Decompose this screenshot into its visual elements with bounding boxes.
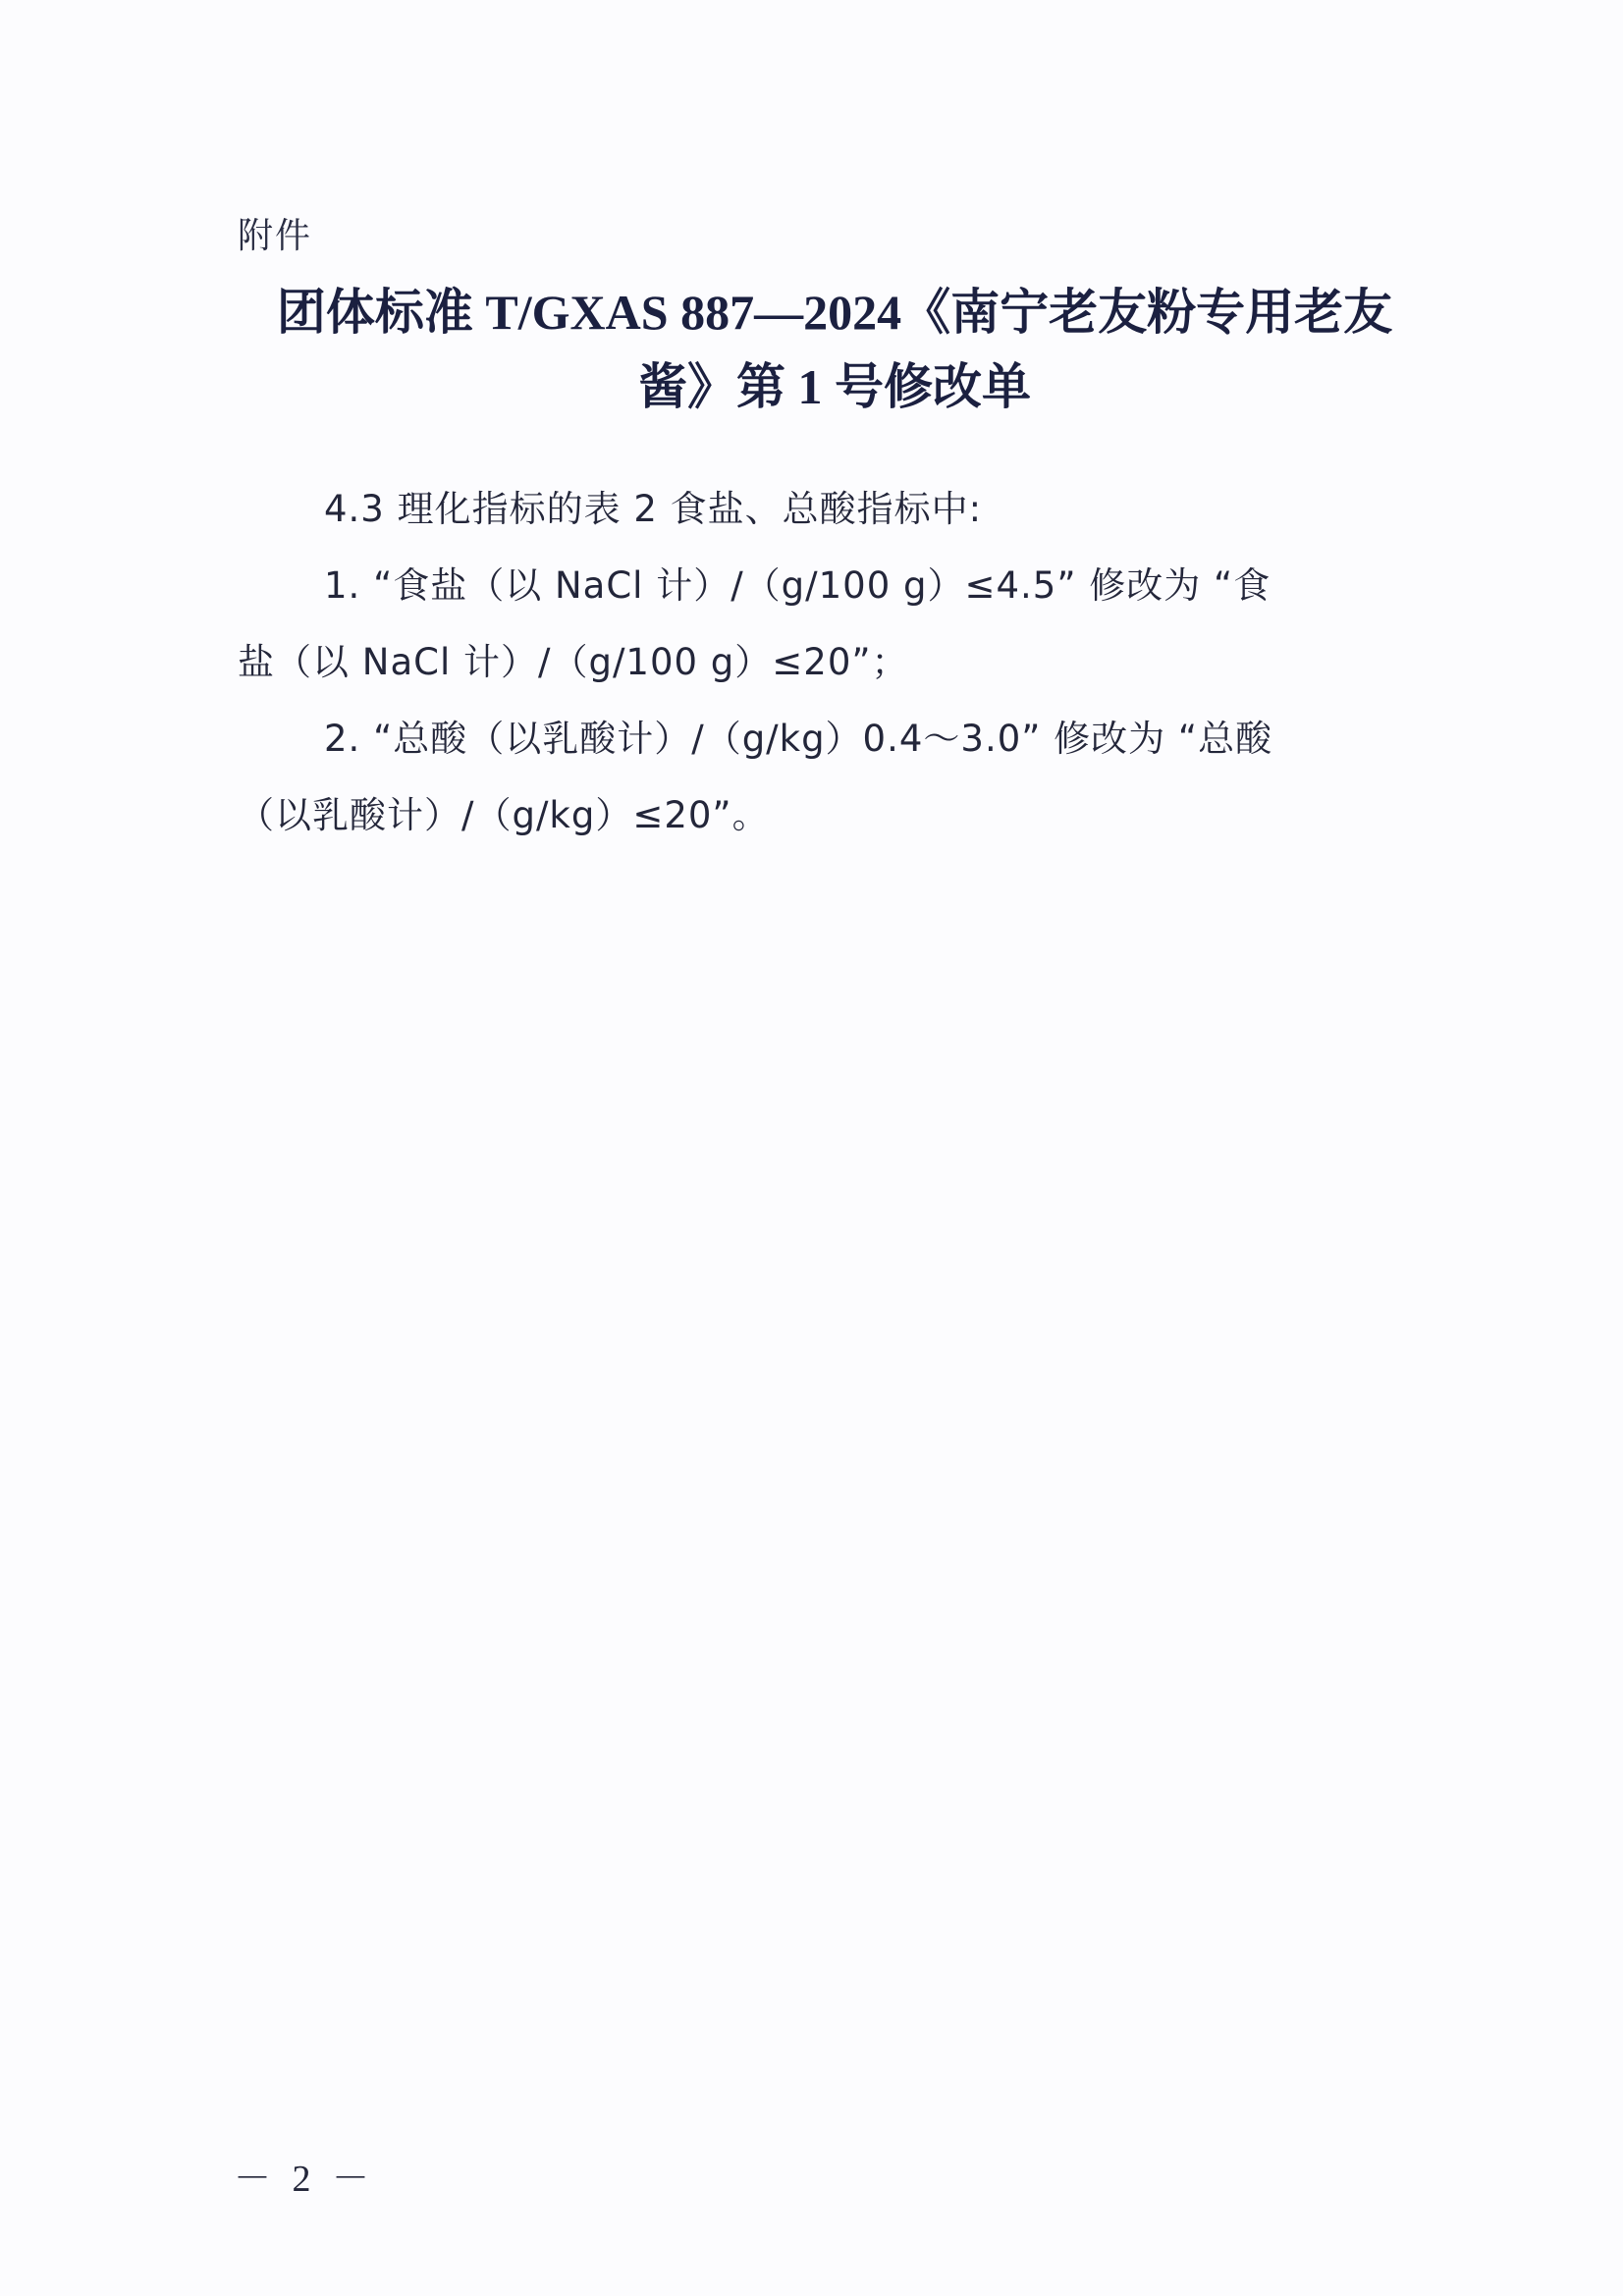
page-number: － 2 －	[234, 2148, 375, 2202]
document-title: 团体标准 T/GXAS 887—2024《南宁老友粉专用老友 酱》第 1 号修改…	[245, 275, 1424, 424]
paragraph-intro: 4.3 理化指标的表 2 食盐、总酸指标中:	[238, 471, 1416, 548]
document-body: 4.3 理化指标的表 2 食盐、总酸指标中: 1. “食盐（以 NaCl 计）/…	[238, 471, 1416, 854]
paragraph-item-2: 2. “总酸（以乳酸计）/（g/kg）0.4～3.0” 修改为 “总酸	[238, 701, 1416, 777]
title-line-1: 团体标准 T/GXAS 887—2024《南宁老友粉专用老友	[245, 275, 1424, 349]
paragraph-item-1: 1. “食盐（以 NaCl 计）/（g/100 g）≤4.5” 修改为 “食	[238, 548, 1416, 624]
attachment-label: 附件	[238, 208, 312, 258]
document-page: 附件 团体标准 T/GXAS 887—2024《南宁老友粉专用老友 酱》第 1 …	[0, 0, 1623, 2296]
paragraph-item-2-continued: （以乳酸计）/（g/kg）≤20”。	[238, 777, 1416, 854]
title-line-2: 酱》第 1 号修改单	[245, 349, 1424, 424]
paragraph-item-1-continued: 盐（以 NaCl 计）/（g/100 g）≤20”；	[238, 624, 1416, 701]
